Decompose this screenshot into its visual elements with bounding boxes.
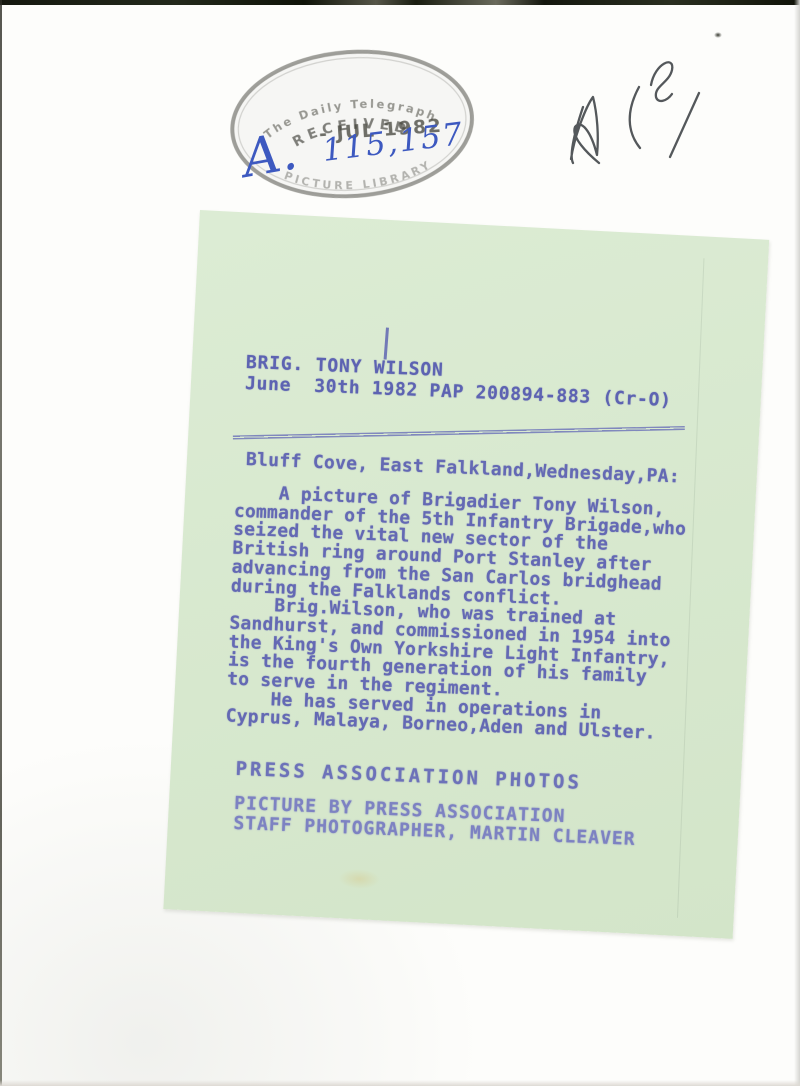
scan-edge-left — [0, 0, 2, 1086]
handwritten-letter: A. — [240, 121, 302, 190]
agency-credit: PRESS ASSOCIATION PHOTOS — [235, 758, 582, 794]
caption-date-ref: June 30th 1982 PAP 200894-883 (Cr-O) — [245, 373, 672, 411]
scanned-photo-back: The Daily Telegraph RECEIVED - JUL 1982 … — [0, 0, 800, 1086]
handwritten-number: 115,157 — [321, 116, 467, 169]
typed-underline — [233, 426, 685, 439]
scan-edge-bottom — [0, 1080, 800, 1086]
scribble-stroke — [670, 93, 699, 157]
caption-body: A picture of Brigadier Tony Wilson, comm… — [225, 484, 687, 745]
caption-dateline: Bluff Cove, East Falkland,Wednesday,PA: — [246, 449, 681, 487]
scribble-stroke — [630, 87, 640, 148]
scan-edge-top — [0, 0, 800, 5]
photographer-credit: PICTURE BY PRESS ASSOCIATION STAFF PHOTO… — [233, 794, 637, 849]
pen-scribble — [555, 35, 795, 170]
ink-tick-mark — [384, 328, 389, 360]
caption-slip-content: BRIG. TONY WILSON June 30th 1982 PAP 200… — [172, 210, 770, 932]
caption-slip: BRIG. TONY WILSON June 30th 1982 PAP 200… — [163, 210, 769, 939]
paper-stain — [338, 868, 381, 890]
scribble-stroke — [571, 97, 599, 163]
handwritten-ref: A. 115,157 — [240, 95, 470, 205]
scribble-stroke — [651, 62, 672, 101]
